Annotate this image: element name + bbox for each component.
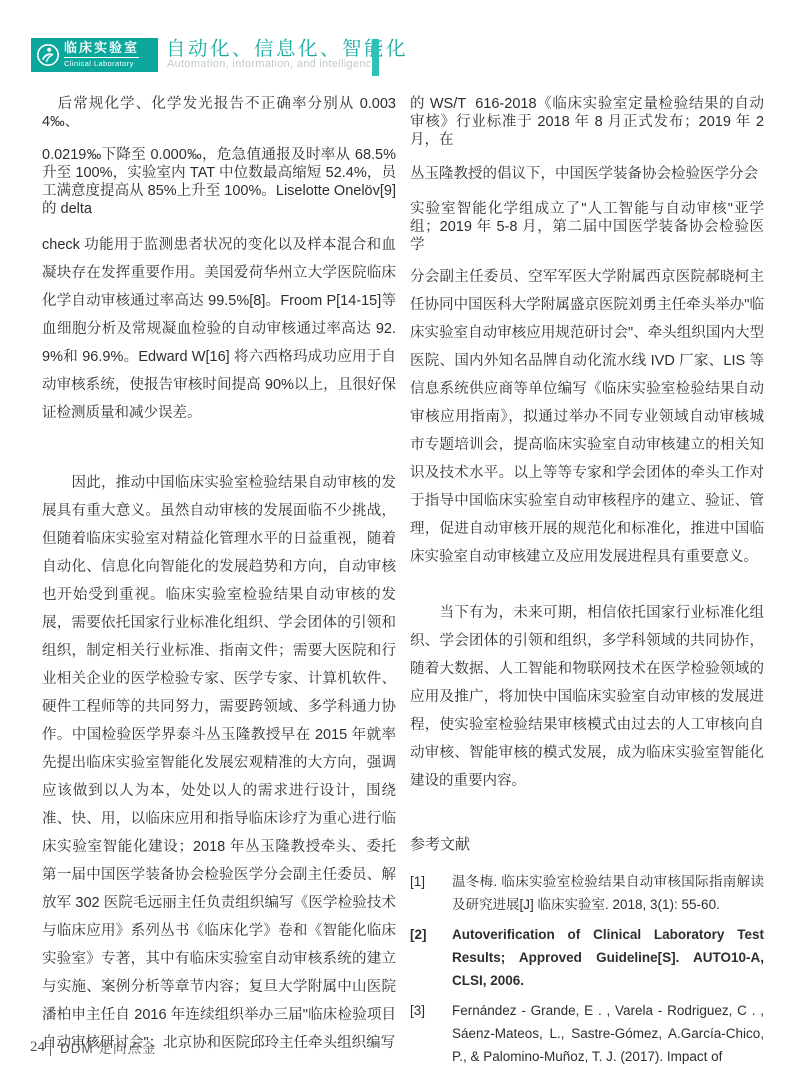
- document-page: 临床实验室 Clinical Laboratory 自动化、信息化、智能化 Au…: [0, 0, 793, 1077]
- logo-en-text: Clinical Laboratory: [64, 57, 139, 68]
- references-heading: 参考文献: [410, 833, 764, 854]
- page-footer: 24 DDM 定向点金: [30, 1037, 157, 1057]
- footer-divider: [50, 1039, 51, 1056]
- right-column: 的 WS/T 616-2018《临床实验室定量检验结果的自动审核》行业标准于 2…: [410, 95, 764, 1075]
- reference-item: [2] Autoverification of Clinical Laborat…: [410, 923, 764, 992]
- paragraph: check 功能用于监测患者状况的变化以及样本混合和血凝块存在发挥重要作用。美国…: [42, 231, 396, 427]
- paragraph: 后常规化学、化学发光报告不正确率分别从 0.0034‰、: [42, 95, 396, 131]
- reference-number: [3]: [410, 999, 452, 1068]
- logo-texts: 临床实验室 Clinical Laboratory: [64, 42, 139, 68]
- journal-name: DDM 定向点金: [60, 1037, 157, 1057]
- paragraph: 丛玉隆教授的倡议下，中国医学装备协会检验医学分会: [410, 160, 764, 188]
- logo-cn-text: 临床实验室: [64, 42, 139, 56]
- page-number: 24: [30, 1039, 45, 1056]
- reference-item: [1] 温冬梅. 临床实验室检验结果自动审核国际指南解读及研究进展[J] 临床实…: [410, 870, 764, 916]
- reference-text: Autoverification of Clinical Laboratory …: [452, 923, 764, 992]
- reference-text: 温冬梅. 临床实验室检验结果自动审核国际指南解读及研究进展[J] 临床实验室. …: [452, 870, 764, 916]
- clinical-laboratory-logo: 临床实验室 Clinical Laboratory: [31, 38, 158, 72]
- paragraph: 分会副主任委员、空军军医大学附属西京医院郝晓柯主任协同中国医科大学附属盛京医院刘…: [410, 263, 764, 571]
- reference-text: Fernández - Grande, E . , Varela - Rodri…: [452, 999, 764, 1068]
- paragraph: 的 WS/T 616-2018《临床实验室定量检验结果的自动审核》行业标准于 2…: [410, 95, 764, 149]
- title-accent-bar: [372, 39, 379, 76]
- logo-person-icon: [36, 43, 60, 67]
- left-column: 后常规化学、化学发光报告不正确率分别从 0.0034‰、 0.0219‰下降至 …: [42, 95, 396, 1075]
- paragraph: 0.0219‰下降至 0.000‰，危急值通报及时率从 68.5%升至 100%…: [42, 146, 396, 218]
- paragraph: 当下有为，未来可期，相信依托国家行业标准化组织、学会团体的引领和组织，多学科领域…: [410, 599, 764, 795]
- paragraph: 实验室智能化学组成立了"人工智能与自动审核"亚学组；2019 年 5-8 月，第…: [410, 200, 764, 254]
- reference-item: [3] Fernández - Grande, E . , Varela - R…: [410, 999, 764, 1068]
- reference-number: [2]: [410, 923, 452, 992]
- reference-number: [1]: [410, 870, 452, 916]
- paragraph: 因此，推动中国临床实验室检验结果自动审核的发展具有重大意义。虽然自动审核的发展面…: [42, 469, 396, 1057]
- section-subtitle: Automation, information, and intelligenc…: [167, 58, 378, 70]
- article-body: 后常规化学、化学发光报告不正确率分别从 0.0034‰、 0.0219‰下降至 …: [42, 95, 764, 1075]
